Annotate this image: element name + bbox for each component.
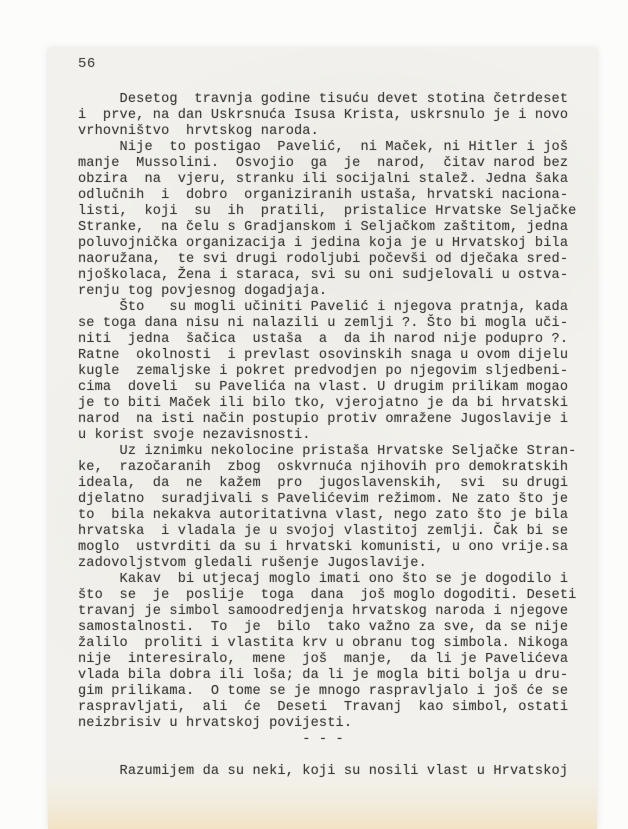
typewritten-text: Desetog travnja godine tisuću devet stot… [78, 92, 583, 780]
page-number: 56 [78, 56, 96, 72]
